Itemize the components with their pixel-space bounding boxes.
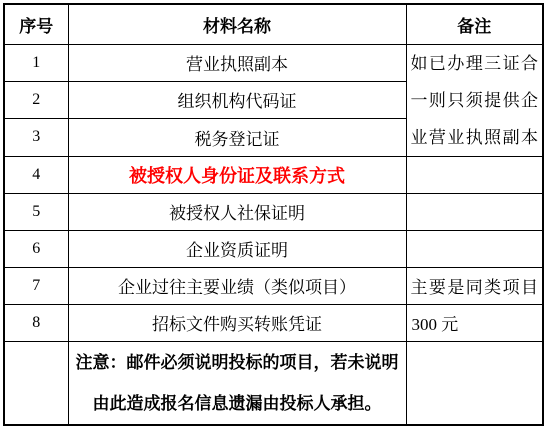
table-row-5: 5 被授权人社保证明	[4, 193, 543, 230]
table-row-6: 6 企业资质证明	[4, 230, 543, 267]
header-material: 材料名称	[68, 4, 406, 44]
row-8-no: 8	[4, 304, 68, 341]
row-1-no: 1	[4, 44, 68, 81]
row-3-no: 3	[4, 119, 68, 156]
row-7-material: 企业过往主要业绩（类似项目）	[68, 267, 406, 304]
table-row-8: 8 招标文件购买转账凭证 300 元	[4, 304, 543, 341]
row-4-remark	[406, 156, 543, 193]
row-7-remark: 主要是同类项目	[406, 267, 543, 304]
row-6-no: 6	[4, 230, 68, 267]
row-6-material: 企业资质证明	[68, 230, 406, 267]
row-2-material: 组织机构代码证	[68, 81, 406, 118]
row-7-no: 7	[4, 267, 68, 304]
table-row-4: 4 被授权人身份证及联系方式	[4, 156, 543, 193]
row-3-material: 税务登记证	[68, 119, 406, 156]
header-no: 序号	[4, 4, 68, 44]
row-2-no: 2	[4, 81, 68, 118]
row-4-no: 4	[4, 156, 68, 193]
note-row-no-cell	[4, 341, 68, 425]
note-row-remark-cell	[406, 341, 543, 425]
row-8-remark: 300 元	[406, 304, 543, 341]
note-row: 注意：邮件必须说明投标的项目，若未说明由此造成报名信息遗漏由投标人承担。	[4, 341, 543, 425]
table-row-1: 1 营业执照副本 如已办理三证合一则只须提供企业营业执照副本	[4, 44, 543, 81]
note-cell: 注意：邮件必须说明投标的项目，若未说明由此造成报名信息遗漏由投标人承担。	[68, 341, 406, 425]
merged-remark-cell: 如已办理三证合一则只须提供企业营业执照副本	[406, 44, 543, 156]
row-5-remark	[406, 193, 543, 230]
row-5-material: 被授权人社保证明	[68, 193, 406, 230]
row-8-material: 招标文件购买转账凭证	[68, 304, 406, 341]
header-row: 序号 材料名称 备注	[4, 4, 543, 44]
materials-table: 序号 材料名称 备注 1 营业执照副本 如已办理三证合一则只须提供企业营业执照副…	[3, 3, 544, 426]
table-row-7: 7 企业过往主要业绩（类似项目） 主要是同类项目	[4, 267, 543, 304]
row-4-material-highlighted: 被授权人身份证及联系方式	[68, 156, 406, 193]
row-1-material: 营业执照副本	[68, 44, 406, 81]
row-5-no: 5	[4, 193, 68, 230]
row-6-remark	[406, 230, 543, 267]
header-remark: 备注	[406, 4, 543, 44]
